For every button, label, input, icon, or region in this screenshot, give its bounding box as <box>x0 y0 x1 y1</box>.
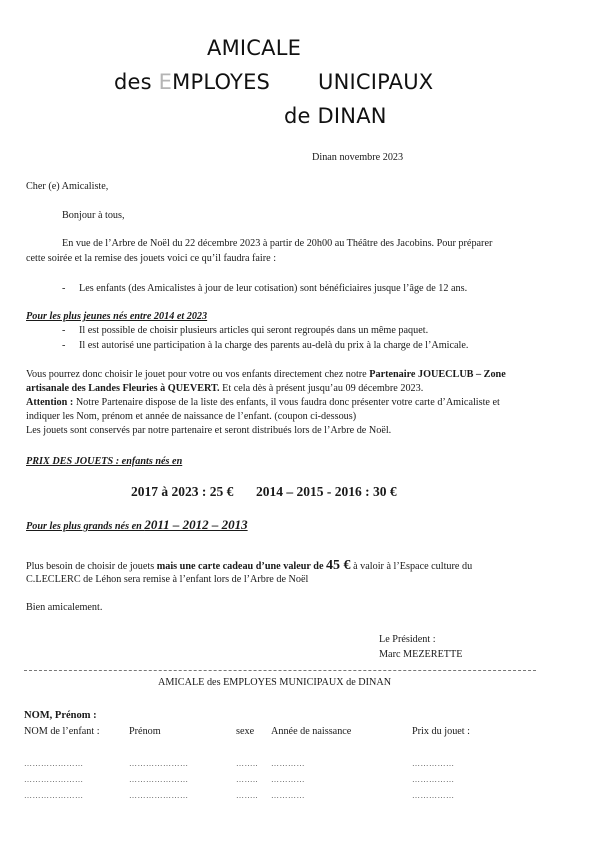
intro-line2: cette soirée et la remise des jouets voi… <box>26 253 276 264</box>
older-line2: C.LECLERC de Léhon sera remise à l’enfan… <box>26 574 308 585</box>
partner-line4: indiquer les Nom, prénom et année de nai… <box>26 411 356 422</box>
price-2017-2023: 2017 à 2023 : 25 € <box>131 484 233 500</box>
attention-label: Attention : <box>26 397 73 408</box>
older-line1-rest: à valoir à l’Espace culture du <box>351 561 473 572</box>
partner-line3: Attention : Notre Partenaire dispose de … <box>26 397 500 408</box>
intro-line1: En vue de l’Arbre de Noël du 22 décembre… <box>62 238 492 249</box>
header-title-line2: des EMPLOYES <box>114 70 270 94</box>
older-section-heading: Pour les plus grands nés en 2011 – 2012 … <box>26 517 248 533</box>
fill-prenom[interactable]: ………………… <box>129 759 189 768</box>
partner-line1-text: Vous pourrez donc choisir le jouet pour … <box>26 369 369 380</box>
older-line1: Plus besoin de choisir de jouets mais un… <box>26 558 472 574</box>
prices-heading: PRIX DES JOUETS : enfants nés en <box>26 456 182 467</box>
letter-date: Dinan novembre 2023 <box>312 152 403 163</box>
coupon-col-prix: Prix du jouet : <box>412 726 470 737</box>
partner-deadline: Et cela dès à présent jusqu’au 09 décemb… <box>220 383 424 394</box>
partner-name: Partenaire JOUECLUB – Zone <box>369 369 506 380</box>
fill-prenom[interactable]: ………………… <box>129 791 189 800</box>
bullet-marker: - <box>62 283 65 294</box>
fill-annee[interactable]: ………… <box>271 759 305 768</box>
signature-name: Marc MEZERETTE <box>379 649 462 660</box>
partner-location: artisanale des Landes Fleuries à QUEVERT… <box>26 383 220 394</box>
fill-annee[interactable]: ………… <box>271 791 305 800</box>
partner-line1: Vous pourrez donc choisir le jouet pour … <box>26 369 506 380</box>
salutation: Bonjour à tous, <box>62 210 125 221</box>
fill-sexe[interactable]: …….. <box>236 775 258 784</box>
coupon-title: AMICALE des EMPLOYES MUNICIPAUX de DINAN <box>158 677 391 688</box>
price-2014-2016: 2014 – 2015 - 2016 : 30 € <box>256 484 397 500</box>
coupon-col-annee: Année de naissance <box>271 726 351 737</box>
closing: Bien amicalement. <box>26 602 102 613</box>
older-heading-small: Pour les plus grands nés en <box>26 521 144 532</box>
older-line1-text: Plus besoin de choisir de jouets <box>26 561 157 572</box>
fill-nom[interactable]: ………………… <box>24 775 84 784</box>
fill-annee[interactable]: ………… <box>271 775 305 784</box>
gift-card-amount: 45 € <box>326 558 351 573</box>
young-bullet-2: Il est autorisé une participation à la c… <box>79 340 468 351</box>
young-bullet-1: Il est possible de choisir plusieurs art… <box>79 325 428 336</box>
signature-title: Le Président : <box>379 634 436 645</box>
cut-line-divider <box>24 670 536 671</box>
fill-sexe[interactable]: …….. <box>236 791 258 800</box>
older-heading-years: 2011 – 2012 – 2013 <box>144 517 247 532</box>
attention-text: Notre Partenaire dispose de la liste des… <box>73 397 500 408</box>
header-grey-letter: E <box>159 70 172 94</box>
fill-prenom[interactable]: ………………… <box>129 775 189 784</box>
bullet-marker: - <box>62 325 65 336</box>
header-unicipaux: UNICIPAUX <box>318 70 433 94</box>
fill-nom[interactable]: ………………… <box>24 759 84 768</box>
header-prefix: des <box>114 70 159 94</box>
header-title-line3: de DINAN <box>284 104 387 128</box>
fill-nom[interactable]: ………………… <box>24 791 84 800</box>
header-title-line1: AMICALE <box>207 36 301 60</box>
coupon-col-nom: NOM de l’enfant : <box>24 726 100 737</box>
greeting: Cher (e) Amicaliste, <box>26 181 108 192</box>
fill-sexe[interactable]: …….. <box>236 759 258 768</box>
header-employes: MPLOYES <box>172 70 270 94</box>
gift-card-text: mais une carte cadeau d’une valeur de <box>157 561 326 572</box>
partner-line2: artisanale des Landes Fleuries à QUEVERT… <box>26 383 423 394</box>
partner-line5: Les jouets sont conservés par notre part… <box>26 425 391 436</box>
bullet-eligibility: Les enfants (des Amicalistes à jour de l… <box>79 283 467 294</box>
coupon-col-sexe: sexe <box>236 726 254 737</box>
young-section-heading: Pour les plus jeunes nés entre 2014 et 2… <box>26 311 207 322</box>
coupon-col-prenom: Prénom <box>129 726 161 737</box>
fill-prix[interactable]: …………… <box>412 775 455 784</box>
bullet-marker: - <box>62 340 65 351</box>
coupon-label: NOM, Prénom : <box>24 710 97 721</box>
fill-prix[interactable]: …………… <box>412 759 455 768</box>
fill-prix[interactable]: …………… <box>412 791 455 800</box>
